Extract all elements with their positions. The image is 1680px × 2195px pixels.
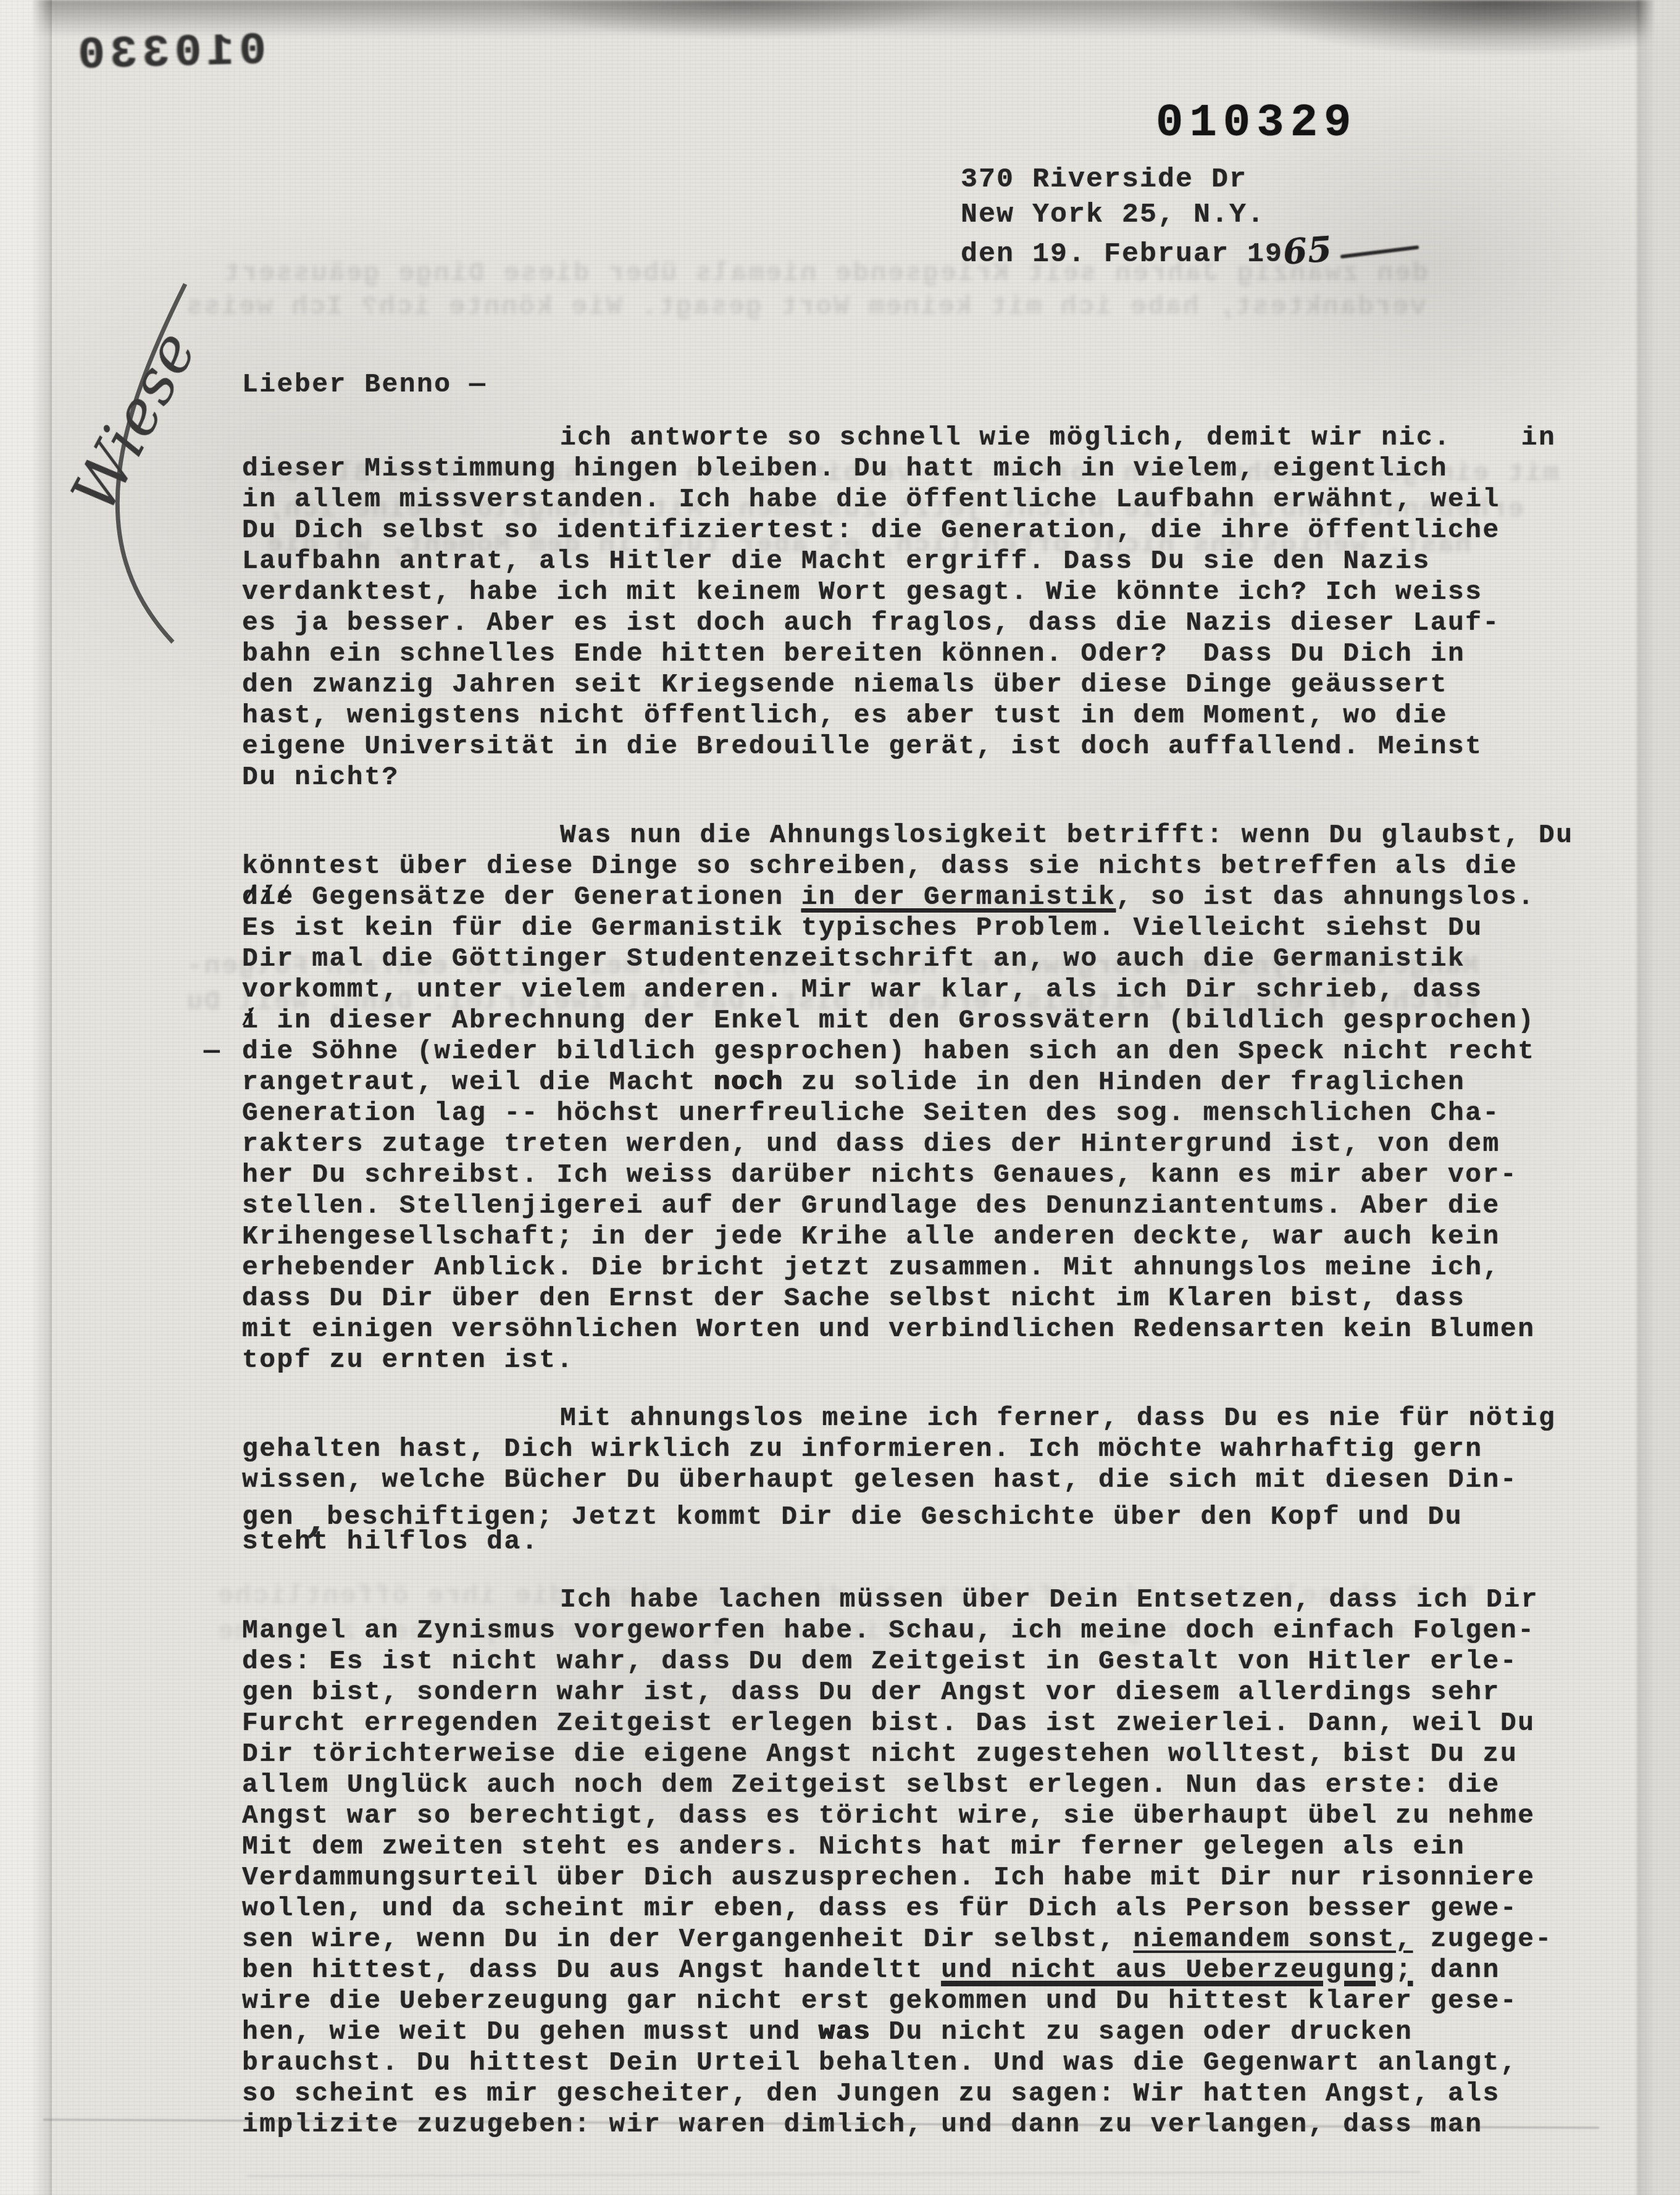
- letter-line: Mit ahnungslos meine ich ferner, dass Du…: [242, 1403, 1625, 1434]
- letter-line: —die Söhne (wieder bildlich gesprochen) …: [242, 1036, 1625, 1067]
- letter-line: Mit dem zweiten steht es anders. Nichts …: [242, 1831, 1625, 1862]
- letter-line: allem Unglück auch noch dem Zeitgeist se…: [242, 1770, 1625, 1800]
- letter-line: Du Dich selbst so identifiziertest: die …: [242, 515, 1625, 546]
- line-text: sen wire, wenn Du in der Vergangenheit D…: [242, 1924, 1134, 1954]
- letter-line: Verdammungsurteil über Dich auszuspreche…: [242, 1862, 1625, 1893]
- letter-line: so scheint es mir gescheiter, den Jungen…: [242, 2078, 1625, 2109]
- strikethrough-text: i: [242, 1005, 259, 1036]
- line-text: in dieser Abrechnung der Enkel mit den G…: [259, 1005, 1535, 1035]
- letter-line: rangetraut, weil die Macht noch zu solid…: [242, 1067, 1625, 1098]
- letter-line: Angst war so berechtigt, dass es töricht…: [242, 1800, 1625, 1831]
- date-typed: den 19. Februar 19: [961, 238, 1283, 270]
- line-text: Es ist kein für die Germanistik: [242, 913, 801, 943]
- letter-body: Lieber Benno — ich antworte so schnell w…: [242, 369, 1625, 2140]
- line-text: dann: [1413, 1955, 1500, 1985]
- salutation: Lieber Benno —: [242, 369, 1625, 400]
- letter-line: gehalten hast, Dich wirklich zu informie…: [242, 1434, 1625, 1465]
- letter-line: dieser Misstimmung hingen bleiben. Du ha…: [242, 453, 1625, 484]
- letter-line: sen wire, wenn Du in der Vergangenheit D…: [242, 1924, 1625, 1955]
- letter-line: wissen, welche Bücher Du überhaupt geles…: [242, 1465, 1625, 1495]
- line-text: die Söhne (wieder bildlich gesprochen) h…: [242, 1036, 1536, 1066]
- letter-line: eigene Universität in die Bredouille ger…: [242, 731, 1625, 762]
- letter-line: wollen, und da scheint mir eben, dass es…: [242, 1893, 1625, 1924]
- letter-line: Dir törichterweise die eigene Angst nich…: [242, 1739, 1625, 1770]
- underlined-text: und nicht aus Ueberzeugung;: [941, 1955, 1413, 1985]
- scanned-letter-page: { "stamps": { "mirrored_number": "010330…: [0, 0, 1680, 2195]
- address-block: 370 Riverside Dr New York 25, N.Y. den 1…: [961, 162, 1420, 272]
- line-text: rangetraut, weil die Macht: [242, 1067, 714, 1097]
- letter-line: gen bist, sondern wahr ist, dass Du der …: [242, 1677, 1625, 1708]
- letter-line: den zwanzig Jahren seit Kriegsende niema…: [242, 669, 1625, 700]
- letter-line: ben hittest, dass Du aus Angst handeltt …: [242, 1955, 1625, 1986]
- letter-line: erhebender Anblick. Die bricht jetzt zus…: [242, 1252, 1625, 1283]
- paragraph-1: ich antworte so schnell wie möglich, dem…: [242, 422, 1625, 793]
- letter-line: hast, wenigstens nicht öffentlich, es ab…: [242, 700, 1625, 731]
- date-year-handwritten: 65: [1282, 232, 1334, 270]
- line-text: zugege-: [1413, 1924, 1552, 1954]
- letter-line: stellen. Stellenjigerei auf der Grundlag…: [242, 1190, 1625, 1221]
- line-text: , so ist das ahnungslos.: [1116, 882, 1535, 912]
- letter-line: her Du schreibst. Ich weiss darüber nich…: [242, 1160, 1625, 1190]
- letter-line: Generation lag -- höchst unerfreuliche S…: [242, 1098, 1625, 1129]
- line-text: Gegensätze der Generationen: [295, 882, 801, 912]
- letter-line: i in dieser Abrechnung der Enkel mit den…: [242, 1005, 1625, 1036]
- letter-line: steht hilflos da.: [242, 1526, 1625, 1557]
- bold-overtyped-text: noch: [714, 1067, 784, 1097]
- letter-line: Was nun die Ahnungslosigkeit betrifft: w…: [242, 820, 1625, 851]
- address-line-1: 370 Riverside Dr: [961, 162, 1420, 197]
- letter-line: könntest über diese Dinge so schreiben, …: [242, 851, 1625, 882]
- letter-line: dass Du Dir über den Ernst der Sache sel…: [242, 1283, 1625, 1314]
- letter-line: topf zu ernten ist.: [242, 1345, 1625, 1376]
- letter-line: des: Es ist nicht wahr, dass Du dem Zeit…: [242, 1646, 1625, 1677]
- letter-line: Es ist kein für die Germanistik typische…: [242, 913, 1625, 943]
- strikethrough-text: die: [242, 882, 295, 913]
- line-text: ben hittest, dass Du aus Angst handeltt: [242, 1955, 941, 1985]
- letter-line: mit einigen versöhnlichen Worten und ver…: [242, 1314, 1625, 1345]
- letter-line: Krihengesellschaft; in der jede Krihe al…: [242, 1221, 1625, 1252]
- letter-line: gen ,beschiftigen; Jetzt kommt Dir die G…: [242, 1495, 1625, 1526]
- letter-line: Dir mal die Göttinger Studentenzeitschri…: [242, 943, 1625, 974]
- letter-line: wire die Ueberzeugung gar nicht erst gek…: [242, 1986, 1625, 2017]
- underlined-text: in der Germanistik: [801, 882, 1116, 912]
- letter-line: Mangel an Zynismus vorgeworfen habe. Sch…: [242, 1615, 1625, 1646]
- line-text: hen, wie weit Du gehen musst und: [242, 2017, 819, 2047]
- letter-line: rakters zutage treten werden, und dass d…: [242, 1129, 1625, 1160]
- letter-line: hen, wie weit Du gehen musst und was Du …: [242, 2017, 1625, 2047]
- letter-line: in allem missverstanden. Ich habe die öf…: [242, 484, 1625, 515]
- letter-line: Laufbahn antrat, als Hitler die Macht er…: [242, 546, 1625, 577]
- line-text: Vielleicht siehst Du: [1116, 913, 1482, 943]
- letter-line: es ja besser. Aber es ist doch auch frag…: [242, 608, 1625, 638]
- address-line-2: New York 25, N.Y.: [961, 197, 1420, 232]
- letter-line: Furcht erregenden Zeitgeist erlegen bist…: [242, 1708, 1625, 1739]
- line-text: Du nicht zu sagen oder drucken: [871, 2017, 1413, 2047]
- page-stamp: 010329: [1156, 98, 1357, 149]
- line-text: zu solide in den Hinden der fraglichen: [784, 1067, 1465, 1097]
- underlined-text: niemandem sonst,: [1134, 1924, 1413, 1954]
- letter-line: Ich habe lachen müssen über Dein Entsetz…: [242, 1584, 1625, 1615]
- letter-line: vorkommt, unter vielem anderen. Mir war …: [242, 974, 1625, 1005]
- bold-overtyped-text: was: [819, 2017, 871, 2047]
- paragraph-3: Mit ahnungslos meine ich ferner, dass Du…: [242, 1403, 1625, 1557]
- margin-dash: —: [204, 1036, 221, 1067]
- mirrored-stamp: 010330: [72, 26, 267, 82]
- letter-line: bahn ein schnelles Ende hitten bereiten …: [242, 638, 1625, 669]
- paragraph-2: Was nun die Ahnungslosigkeit betrifft: w…: [242, 820, 1625, 1376]
- letter-line: die Gegensätze der Generationen in der G…: [242, 882, 1625, 913]
- paragraph-4: Ich habe lachen müssen über Dein Entsetz…: [242, 1584, 1625, 2140]
- letter-line: ich antworte so schnell wie möglich, dem…: [242, 422, 1625, 453]
- handwritten-dash: [1340, 245, 1419, 259]
- letter-line: verdanktest, habe ich mit keinem Wort ge…: [242, 577, 1625, 608]
- overlined-text: typisches Problem.: [801, 913, 1116, 943]
- letter-line: brauchst. Du hittest Dein Urteil behalte…: [242, 2047, 1625, 2078]
- letter-line: Du nicht?: [242, 762, 1625, 793]
- date-line: den 19. Februar 1965: [961, 232, 1420, 272]
